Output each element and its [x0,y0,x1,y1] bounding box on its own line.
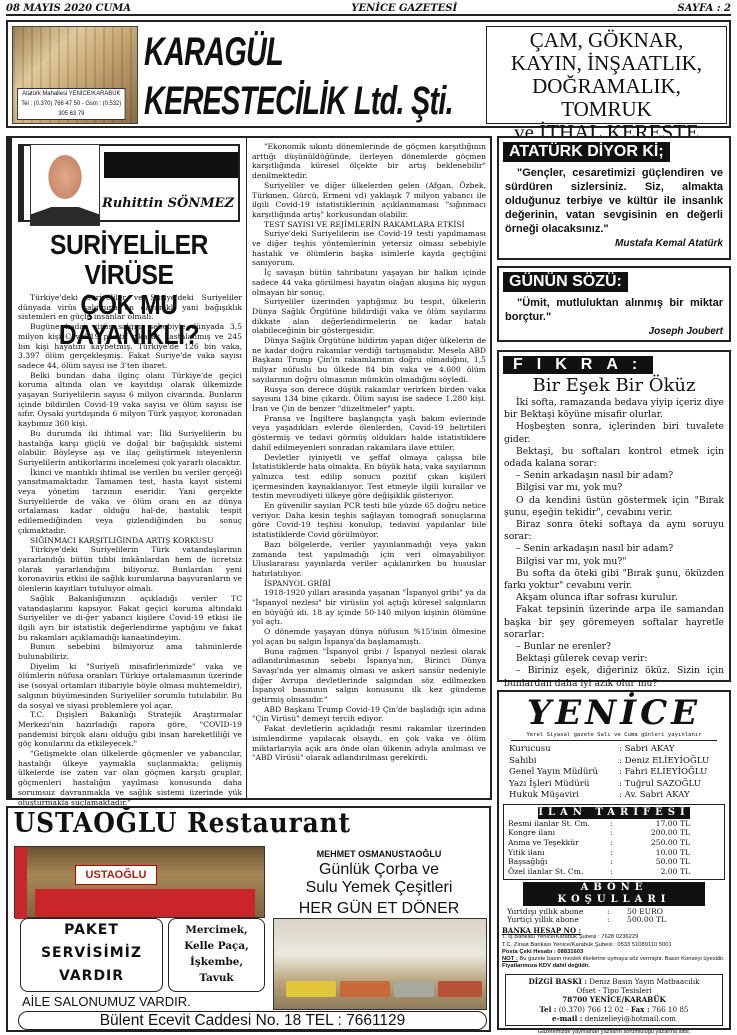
staff-name: : Sabri AKAY [619,744,675,756]
ad-rates-title: İLAN TARİFESİ [538,807,690,819]
rate-price: 17.00 TL [640,819,690,829]
print-line: DİZGİ BASKI : Deniz Basın Yayın Matbaacı… [508,977,720,986]
paragraph: Hoşbeşten sonra, içlerinden biri tuvalet… [504,421,724,445]
staff-role: Yazı İşleri Müdürü [509,779,619,791]
paragraph: İç savaşın bütün tahribatını yaşayan bir… [252,268,486,297]
quote-of-day-box: GÜNÜN SÖZÜ: "Ümit, mutluluktan alınmış b… [497,266,731,342]
staff-name: : Tuğrul SAZOĞLU [619,779,701,791]
author-banner: Ruhittin SÖNMEZ [18,144,240,222]
paragraph: Rusya son derece düşük rakamlar verirken… [252,385,486,414]
paragraph: Bugüne kadar virüs salgını sebebiyle dün… [18,322,242,371]
paragraph: – Senin arkadaşın nasıl bir adam? [504,470,724,482]
restaurant-info: MEHMET OSMANUSTAOĞLU Günlük Çorba ve Sul… [270,848,488,921]
paragraph: Türkiye'deki Suriyeliler ve Suriye'deki … [18,293,242,322]
paragraph: Fransa ve İngiltere başlangıçta yaşlı ba… [252,414,486,453]
sub-sep: : [607,908,627,917]
bank-accounts: BANKA HESAP NO : T. İş Bankası Yenice/Ka… [499,925,729,971]
sub-price: 500.00 TL [627,916,666,925]
rate-item: Kongre ilanı [508,828,610,838]
rate-row: Başsağlığı:50.00 TL [508,857,720,867]
rate-row: Anma ve Teşekkür:250.00 TL [508,838,720,848]
rate-sep: : [610,828,640,838]
print-info: DİZGİ BASKI : Deniz Basın Yayın Matbaacı… [505,974,723,1026]
bank-line: T. İş Bankası Yenice/Karabük Şubesi : 76… [502,934,726,941]
rate-row: Kongre ilanı:200.00 TL [508,828,720,838]
subscription-title: ABONE KOŞULLARI [523,882,705,906]
quote-text: "Ümit, mutluluktan alınmış bir miktar bo… [505,296,723,324]
tel-label: Tel : [539,1005,556,1014]
ad-rates-table: İLAN TARİFESİ Resmi ilanlar St. Cm.:17.0… [503,804,725,880]
restaurant-title: USTAOĞLU Restaurant [8,808,451,840]
ataturk-quote: "Gençler, cesaretimizi güçlendiren ve sü… [499,162,729,236]
rate-sep: : [610,848,640,858]
staff-row: Sahibi: Deniz ELİEYİOĞLU [509,756,723,768]
rate-price: 200.00 TL [640,828,690,838]
paragraph: Bektaşi, bu softaları kontrol etmek için… [504,446,724,470]
info-line: Günlük Çorba ve [270,861,488,879]
store-sign: USTAOĞLU [75,865,157,885]
joke-body: İki softa, ramazanda bedava yiyip içeriz… [499,397,729,690]
product-line: DOĞRAMALIK, TOMRUK [487,75,726,121]
staff-name: : Av. Sabri AKAY [619,790,690,802]
rate-price: 10.00 TL [640,848,690,858]
print-label: DİZGİ BASKI : [529,977,587,986]
paragraph: Bilgisi var mı, yok mu?" [504,556,724,568]
paragraph: Devletler iyiniyetli ve şeffaf olmaya ça… [252,453,486,502]
subheading: SIĞINMACI KARŞITLIĞINDA ARTIŞ KORKUSU [18,536,242,546]
menu-item: Tavuk [169,970,264,986]
paragraph: Bunun sebebini bilmiyoruz ama tahminlerd… [18,642,242,661]
rate-item: Başsağlığı [508,857,610,867]
article-body-2: "Ekonomik sıkıntı dönemlerinde de göçmen… [252,142,486,763]
sub-sep: : [607,916,627,925]
delivery-box: PAKET SERVİSİMİZ VARDIR [20,918,163,992]
tel-value: (0.370) 766 12 02 - [559,1005,629,1014]
email-link[interactable]: denizelieyi@hotmail.com [585,1014,676,1023]
restaurant-address: Bülent Ecevit Caddesi No. 18 TEL : 76611… [18,1011,487,1030]
menu-item: Mercimek, [169,922,264,938]
quote-of-day-title: GÜNÜN SÖZÜ: [503,272,628,292]
paragraph: – Senin arkadaşın nasıl bir adam? [504,543,724,555]
paragraph: Bazı bölgelerde, veriler yayınlanmadığı … [252,540,486,579]
subscription-section: ABONE KOŞULLARI Yurtdışı yıllık abone:50… [499,882,729,925]
family-hall-note: AİLE SALONUMUZ VARDIR. [22,994,191,1009]
sub-item: Yurtiçi yıllık abone [507,916,607,925]
paragraph: Buna rağmen "İspanyol gribi / İspanyol n… [252,647,486,705]
product-line: ÇAM, GÖKNAR, [487,29,726,52]
brand-line-1: KARAGÜL [144,28,389,77]
paragraph: Bu softa da öteki gibi "Bırak şunu, öküz… [504,568,724,592]
karagul-ad: Atatürk Mahallesi YENİCE/KARABÜK Tel : (… [6,20,731,128]
rate-row: Yitik ilanı:10.00 TL [508,848,720,858]
kitchen-photo [273,918,487,1010]
joke-label: FIKRA: [503,356,653,374]
note-bold: Fiyatlarımıza KDV dahil değildir. [502,963,590,969]
staff-name: : Deniz ELİEYİOĞLU [619,756,709,768]
email-label: e-mail : [552,1014,582,1023]
print-city: 78700 YENİCE/KARABÜK [508,995,720,1004]
subscription-row: Yurtiçi yıllık abone:500.00 TL [499,916,729,925]
article-body-1: Türkiye'deki Suriyeliler ve Suriye'deki … [18,293,242,807]
delivery-line: SERVİSİMİZ [21,942,162,965]
print-company: Deniz Basın Yayın Matbaacılık [589,977,699,986]
bank-line: Posta Çeki Hesabı : 08831603 [502,949,726,956]
quote-of-day-text: "Ümit, mutluluktan alınmış bir miktar bo… [499,292,729,324]
info-line: Sulu Yemek Çeşitleri [270,879,488,897]
newspaper-tagline: Yerel Siyasal gazete Salı ve Cuma günler… [511,732,717,741]
bank-line: T.C. Ziraat Bankası Yenice/Karabük Şubes… [502,942,726,949]
address-line: Atatürk Mahallesi YENİCE/KARABÜK [18,89,125,99]
delivery-line: VARDIR [21,965,162,988]
paragraph: O da kendini üstün göstermek için "Bırak… [504,495,724,519]
paragraph: ABD Başkanı Trump Covid-19 Çin'de başlad… [252,705,486,724]
ad-address: Atatürk Mahallesi YENİCE/KARABÜK Tel : (… [17,88,126,120]
paragraph: Belki bundan daha ilginç olanı Türkiye'd… [18,371,242,429]
paragraph: İkinci ve mantıklı ihtimal ise verilen b… [18,468,242,536]
page-number: SAYFA : 2 [677,3,731,14]
staff-row: Genel Yayın Müdürü: Fahri ELİEYİOĞLU [509,767,723,779]
paragraph: Fakat tepsinin üzerinde arpa ile samanda… [504,604,724,641]
menu-item: İşkembe, [169,954,264,970]
menu-item: Kelle Paça, [169,938,264,954]
subheading: İSPANYOL GRİBİ [252,579,486,589]
print-line: Ofset - Tipo Tesisleri [508,986,720,995]
lumber-photo: Atatürk Mahallesi YENİCE/KARABÜK Tel : (… [12,26,138,124]
rate-row: Özel ilanlar St. Cm.:2.00 TL [508,867,720,877]
staff-role: Kurucusu [509,744,619,756]
paragraph: "Gelişmekte olan ülkelerde göçmenler ve … [18,749,242,807]
paragraph: Bektaşi gülerek cevap verir: [504,653,724,665]
note-text: Bu gazete basın meslek ilkelerine uymaya… [519,956,724,962]
rate-price: 50.00 TL [640,857,690,867]
ataturk-quote-box: ATATÜRK DİYOR Kİ; "Gençler, cesaretimizi… [497,136,731,260]
staff-role: Sahibi [509,756,619,768]
email-line: e-mail : denizelieyi@hotmail.com [508,1014,720,1023]
staff-role: Hukuk Müşaviri [509,790,619,802]
paragraph: Bilgisi var mı, yok mu? [504,482,724,494]
disclaimer: Gazetemizde yayınlanan yazıların sorumlu… [499,1026,729,1035]
rate-item: Resmi ilanlar St. Cm. [508,819,610,829]
paragraph: "Ekonomik sıkıntı dönemlerinde de göçmen… [252,142,486,181]
paragraph: – Bunlar ne erenler? [504,641,724,653]
staff-row: Kurucusu: Sabri AKAY [509,744,723,756]
paragraph: O dönemde yaşayan dünya nüfusun %15'inin… [252,627,486,646]
paragraph: Fakat devletlerin açıkladığı resmi rakam… [252,724,486,763]
staff-role: Genel Yayın Müdürü [509,767,619,779]
staff-name: : Fahri ELİEYİOĞLU [619,767,707,779]
rate-sep: : [610,857,640,867]
paragraph: – Biriniz eşek, diğeriniz öküz. Sizin iç… [504,665,724,689]
staff-row: Hukuk Müşaviri: Av. Sabri AKAY [509,790,723,802]
rate-row: Resmi ilanlar St. Cm.:17.00 TL [508,819,720,829]
quote-of-day-author: Joseph Joubert [499,324,729,337]
paragraph: Diyelim ki "Suriyeli misafirlerimizde" v… [18,662,242,711]
paragraph: Türkiye'deki Suriyelilerin Türk vatandaş… [18,545,242,594]
paragraph: Biraz sonra öteki softaya da aynı soruyu… [504,519,724,543]
owner-name: MEHMET OSMANUSTAOĞLU [270,848,488,861]
paragraph: 1918-1920 yılları arasında yaşanan "İspa… [252,588,486,627]
rate-item: Yitik ilanı [508,848,610,858]
paragraph: T.C. Dışişleri Bakanlığı Stratejik Araşt… [18,710,242,749]
rate-item: Özel ilanlar St. Cm. [508,867,610,877]
grill-banner [35,889,255,917]
paragraph: İki softa, ramazanda bedava yiyip içeriz… [504,397,724,421]
headline-line-1: SURİYELİLER VİRÜSE [31,230,226,290]
fax-value: 766 10 85 [652,1005,689,1014]
paragraph: Suriyeliler ve diğer ülkelerden gelen (A… [252,181,486,220]
rate-price: 2.00 TL [640,867,690,877]
paragraph: Dünya Sağlık Örgütüne bildirim yapan diğ… [252,336,486,385]
note-label: NOT : [502,956,518,962]
delivery-line: PAKET [21,919,162,942]
ataturk-title: ATATÜRK DİYOR Kİ; [503,142,670,162]
karagul-brand: KARAGÜL KERESTECİLİK Ltd. Şti. [144,28,389,126]
brand-line-2: KERESTECİLİK Ltd. Şti. [144,77,389,126]
paragraph: Suriye'deki Suriyelilerin ise Covid-19 t… [252,229,486,268]
storefront-photo: USTAOĞLU [14,846,265,918]
joke-title: Bir Eşek Bir Öküz [499,375,729,397]
issue-date: 08 MAYIS 2020 CUMA [6,3,131,14]
author-name: Ruhittin SÖNMEZ [102,196,234,211]
note: NOT : Bu gazete basın meslek ilkelerine … [502,956,726,971]
staff-row: Yazı İşleri Müdürü: Tuğrul SAZOĞLU [509,779,723,791]
joke-box: FIKRA: Bir Eşek Bir Öküz İki softa, rama… [497,350,731,682]
paragraph: Bu durumda iki ihtimal var: İlki Suriyel… [18,429,242,468]
article-column-2: "Ekonomik sıkıntı dönemlerinde de göçmen… [246,136,492,800]
staff-list: Kurucusu: Sabri AKAY Sahibi: Deniz ELİEY… [499,741,729,802]
rate-sep: : [610,867,640,877]
newspaper-name: YENİCE GAZETESİ [351,3,457,14]
author-photo [30,144,100,226]
phone-line: Tel : (0.370) 766 47 50 - Gsm : (0.532) … [18,99,125,119]
paragraph: Akşam olunca iftar sofrası kurulur. [504,592,724,604]
menu-box: Mercimek, Kelle Paça, İşkembe, Tavuk [168,918,265,992]
subheading: TEST SAYISI VE REJİMLERİN RAKAMLARA ETKİ… [252,220,486,230]
product-list: ÇAM, GÖKNAR, KAYIN, İNŞAATLIK, DOĞRAMALI… [486,26,727,124]
rate-price: 250.00 TL [640,838,690,848]
rate-sep: : [610,819,640,829]
rate-item: Anma ve Teşekkür [508,838,610,848]
ustaoglu-ad: USTAOĞLU Restaurant USTAOĞLU MEHMET OSMA… [6,806,491,1032]
paragraph: En güvenilir sayılan PCR testi bile yüzd… [252,501,486,540]
ataturk-author: Mustafa Kemal Atatürk [499,236,729,249]
product-line: KAYIN, İNŞAATLIK, [487,52,726,75]
quote-text: "Gençler, cesaretimizi güçlendiren ve sü… [505,166,723,236]
author-bar [104,152,238,178]
rate-sep: : [610,838,640,848]
newspaper-logo: YENİCE [499,694,729,732]
paragraph: Suriyeliler üzerinden yaptığımız bu tesp… [252,297,486,336]
fax-label: Fax : [631,1005,650,1014]
imprint-box: YENİCE Yerel Siyasal gazete Salı ve Cuma… [497,690,731,1030]
article-column-1: Ruhittin SÖNMEZ SURİYELİLER VİRÜSE ÇOK M… [6,136,246,800]
contact-line: Tel : (0.370) 766 12 02 - Fax : 766 10 8… [508,1005,720,1014]
page-header: 08 MAYIS 2020 CUMA YENİCE GAZETESİ SAYFA… [6,2,731,16]
paragraph: Sağlık Bakanlığımızın açıkladığı veriler… [18,594,242,643]
